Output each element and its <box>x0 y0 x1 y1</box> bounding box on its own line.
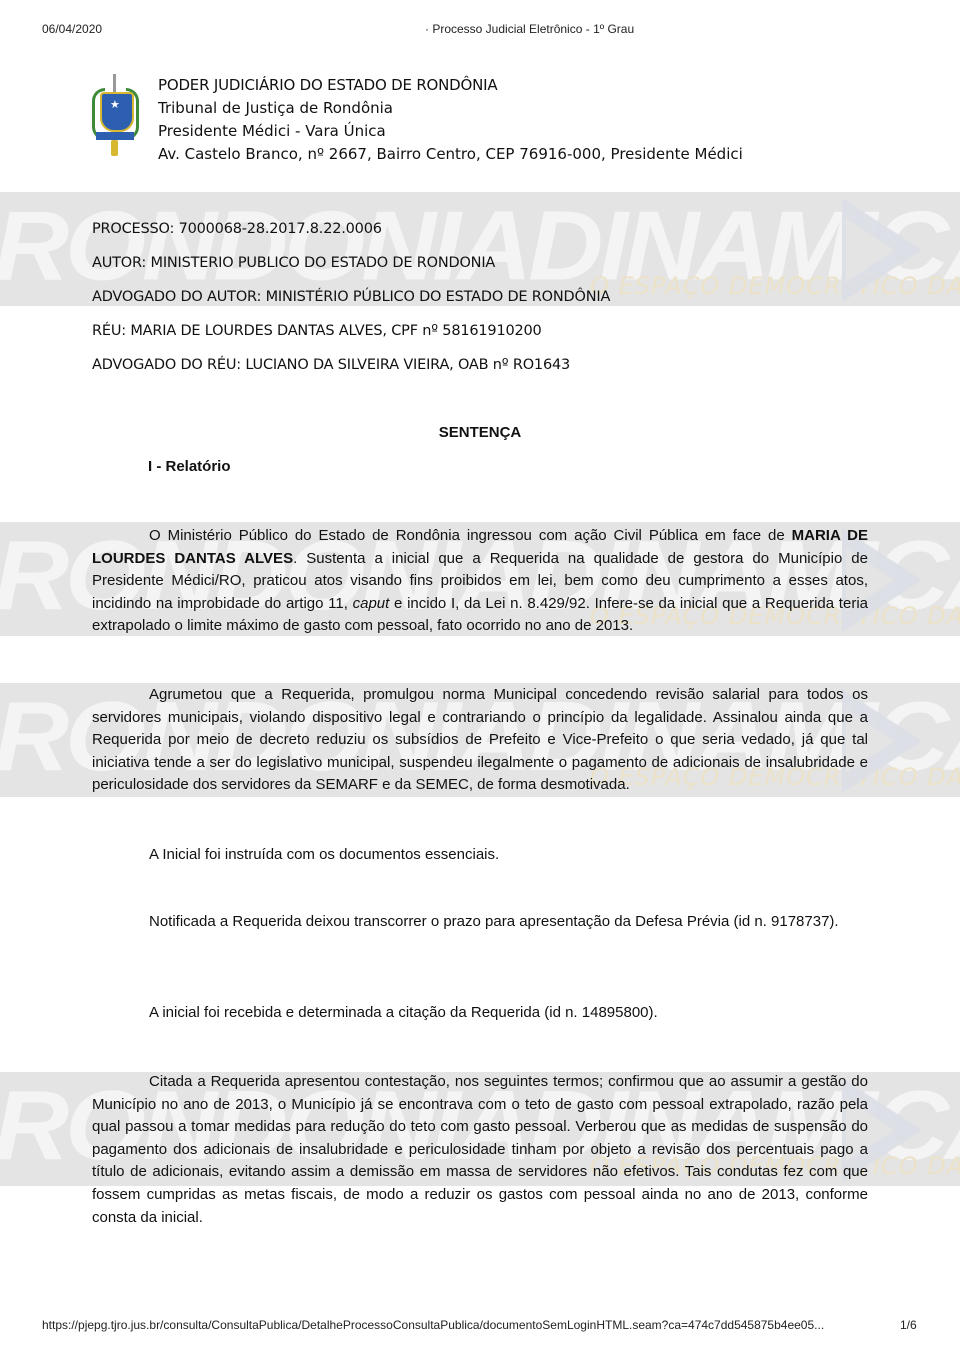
latin-term: caput <box>353 595 390 612</box>
case-parties: PROCESSO: 7000068-28.2017.8.22.0006 AUTO… <box>92 218 610 388</box>
section-heading: I - Relatório <box>148 458 231 475</box>
advogado-autor: ADVOGADO DO AUTOR: MINISTÉRIO PÚBLICO DO… <box>92 286 610 320</box>
page-url: https://pjepg.tjro.jus.br/consulta/Consu… <box>42 1318 824 1332</box>
paragraph-5: A inicial foi recebida e determinada a c… <box>92 1002 868 1025</box>
reu: RÉU: MARIA DE LOURDES DANTAS ALVES, CPF … <box>92 320 610 354</box>
document-title-text: SENTENÇA <box>439 424 522 441</box>
print-title: · Processo Judicial Eletrônico - 1º Grau <box>425 22 634 36</box>
court-header: ★ PODER JUDICIÁRIO DO ESTADO DE RONDÔNIA… <box>90 74 743 166</box>
processo-number: PROCESSO: 7000068-28.2017.8.22.0006 <box>92 218 610 252</box>
coat-of-arms-icon: ★ <box>90 74 140 162</box>
paragraph-6: Citada a Requerida apresentou contestaçã… <box>92 1071 868 1229</box>
vara-name: Presidente Médici - Vara Única <box>158 120 743 143</box>
court-info: PODER JUDICIÁRIO DO ESTADO DE RONDÔNIA T… <box>158 74 743 166</box>
page-number: 1/6 <box>900 1318 917 1332</box>
paragraph-3: A Inicial foi instruída com os documento… <box>92 844 868 867</box>
paragraph-2: Agrumetou que a Requerida, promulgou nor… <box>92 684 868 797</box>
autor: AUTOR: MINISTERIO PUBLICO DO ESTADO DE R… <box>92 252 610 286</box>
court-address: Av. Castelo Branco, nº 2667, Bairro Cent… <box>158 143 743 166</box>
paragraph-1: O Ministério Público do Estado de Rondôn… <box>92 525 868 638</box>
court-name: PODER JUDICIÁRIO DO ESTADO DE RONDÔNIA <box>158 74 743 97</box>
text: O Ministério Público do Estado de Rondôn… <box>149 527 792 544</box>
document-title: SENTENÇA <box>0 424 960 441</box>
advogado-reu: ADVOGADO DO RÉU: LUCIANO DA SILVEIRA VIE… <box>92 354 610 388</box>
tribunal-name: Tribunal de Justiça de Rondônia <box>158 97 743 120</box>
paragraph-4: Notificada a Requerida deixou transcorre… <box>92 911 868 934</box>
print-date: 06/04/2020 <box>42 22 102 36</box>
watermark-arrow-inner <box>846 218 894 282</box>
